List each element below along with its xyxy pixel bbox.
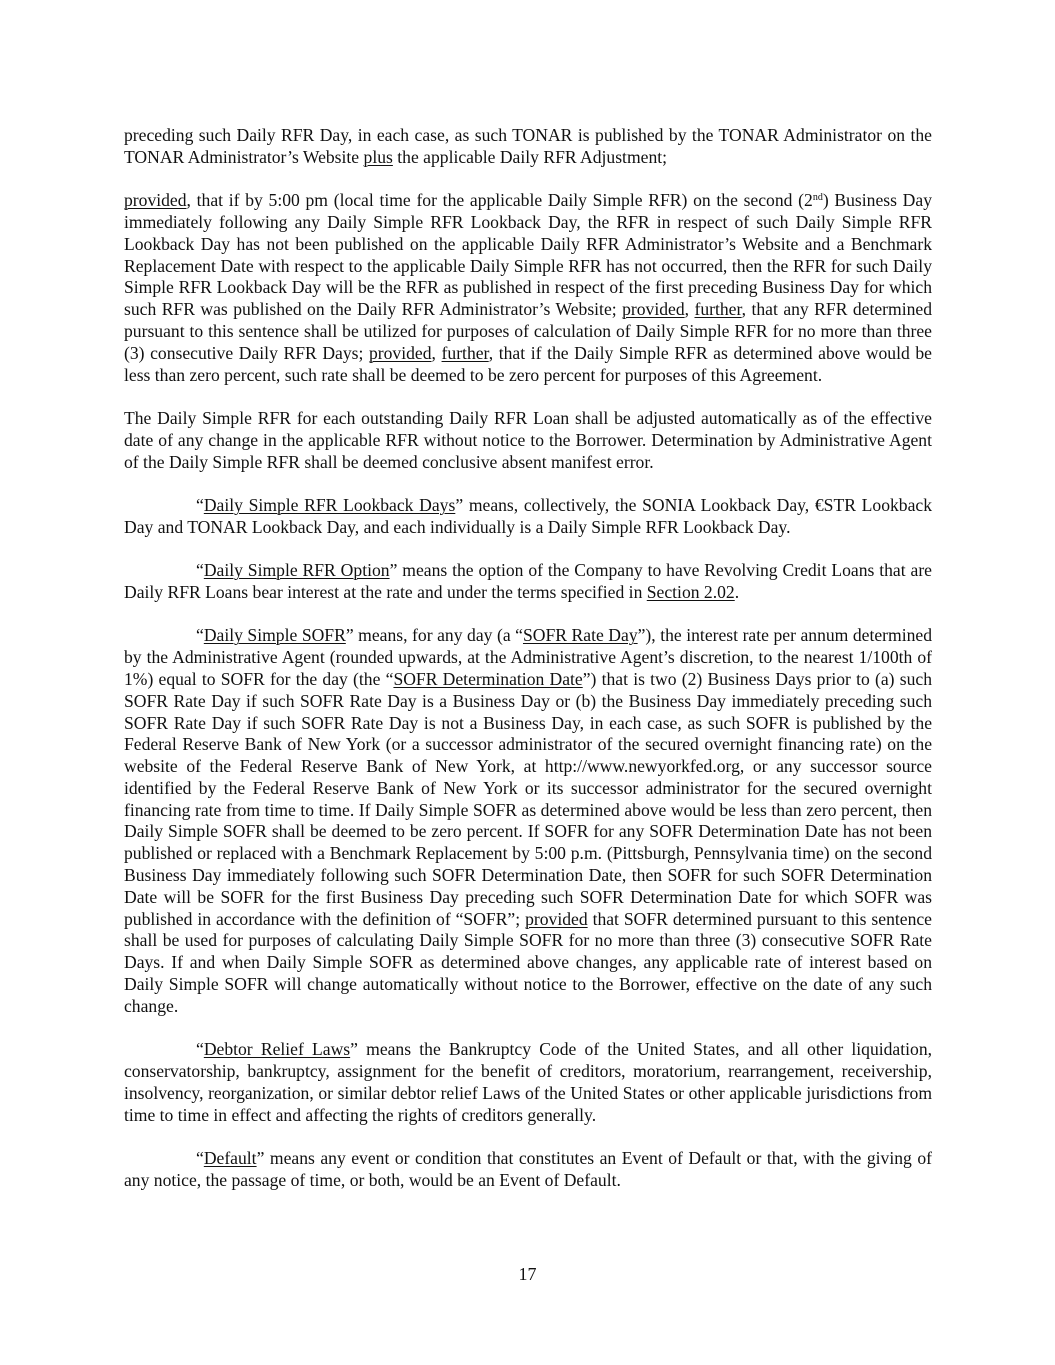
section-reference: Section 2.02 [647, 582, 735, 602]
underlined-term: provided [622, 299, 685, 319]
underlined-term: plus [364, 147, 393, 167]
defined-term: Debtor Relief Laws [204, 1039, 350, 1059]
ordinal-superscript: nd [813, 192, 823, 203]
defined-term: SOFR Determination Date [393, 669, 582, 689]
definition-daily-simple-rfr-lookback-days: “Daily Simple RFR Lookback Days” means, … [124, 495, 932, 539]
underlined-term: provided [369, 343, 432, 363]
definition-default: “Default” means any event or condition t… [124, 1148, 932, 1192]
paragraph-proviso: provided, that if by 5:00 pm (local time… [124, 190, 932, 386]
paragraph-tonar-continuation: preceding such Daily RFR Day, in each ca… [124, 125, 932, 169]
underlined-term: further [442, 343, 489, 363]
defined-term: Default [204, 1148, 257, 1168]
defined-term: Daily Simple SOFR [204, 625, 346, 645]
definition-daily-simple-sofr: “Daily Simple SOFR” means, for any day (… [124, 625, 932, 1017]
page-number: 17 [0, 1264, 1055, 1285]
definition-debtor-relief-laws: “Debtor Relief Laws” means the Bankruptc… [124, 1039, 932, 1126]
underlined-term: provided [124, 190, 187, 210]
document-page: preceding such Daily RFR Day, in each ca… [124, 125, 932, 1213]
defined-term: Daily Simple RFR Option [204, 560, 390, 580]
paragraph-adjustment: The Daily Simple RFR for each outstandin… [124, 408, 932, 473]
underlined-term: provided [525, 909, 588, 929]
defined-term: SOFR Rate Day [523, 625, 638, 645]
defined-term: Daily Simple RFR Lookback Days [204, 495, 456, 515]
definition-daily-simple-rfr-option: “Daily Simple RFR Option” means the opti… [124, 560, 932, 604]
underlined-term: further [694, 299, 741, 319]
